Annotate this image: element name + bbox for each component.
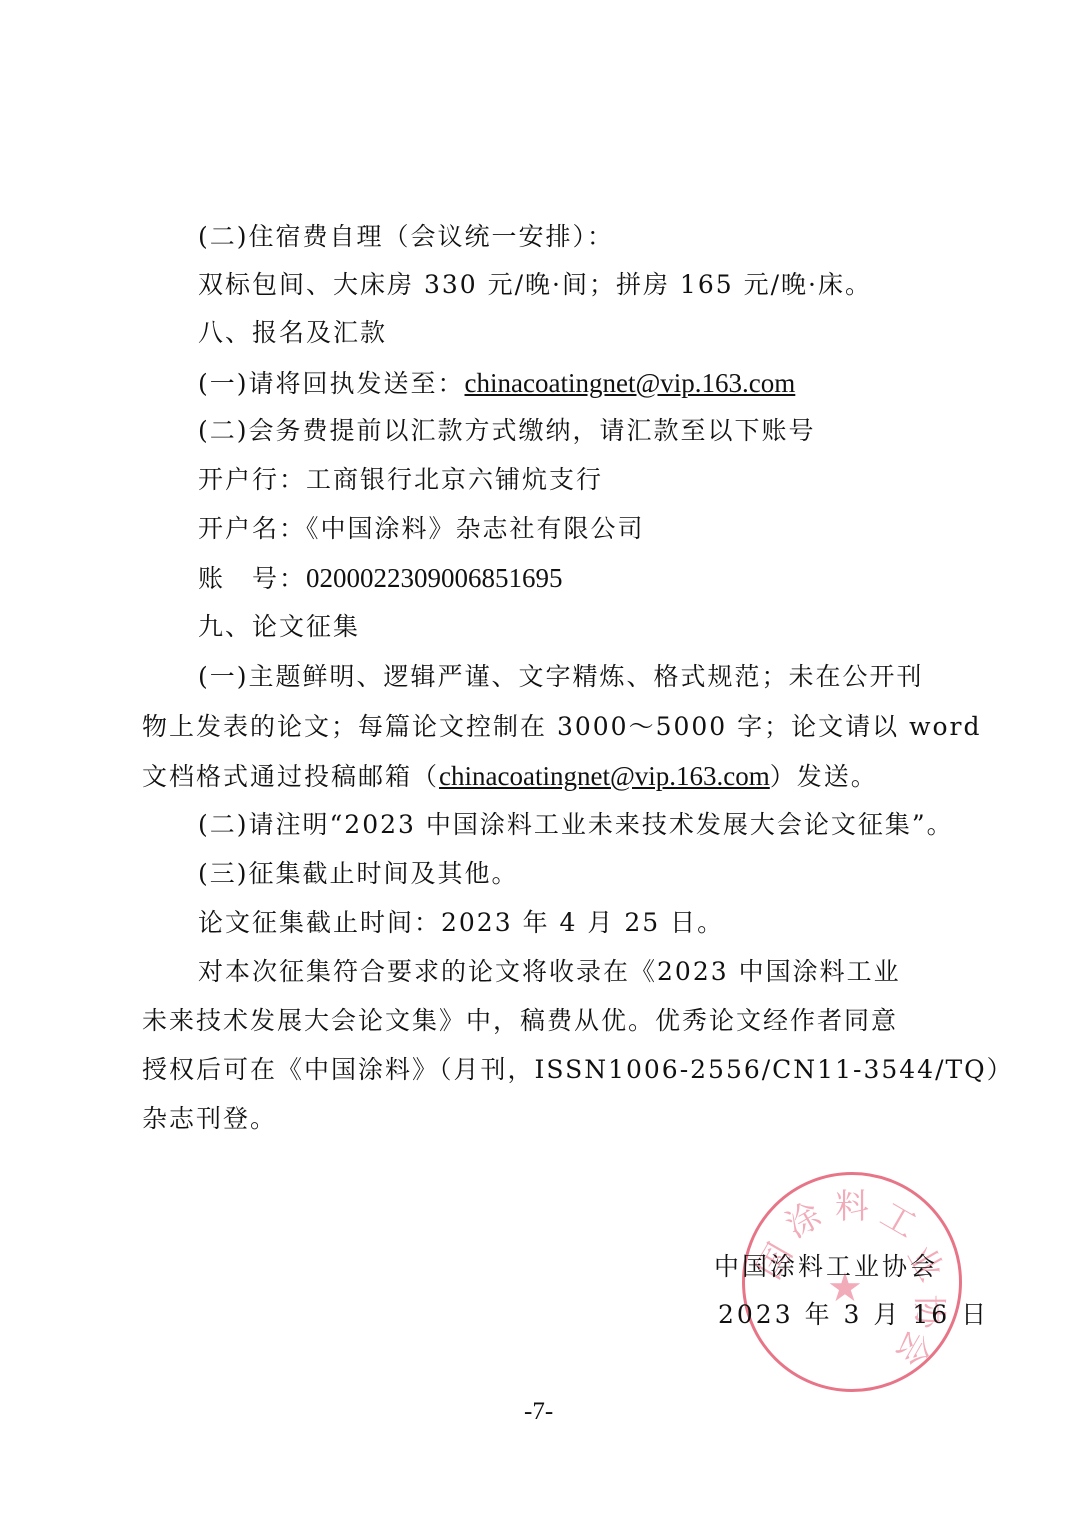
- section-heading-papers: 九、论文征集: [198, 612, 360, 642]
- accommodation-prices: 双标包间、大床房 330 元/晚·间；拼房 165 元/晚·床。: [198, 270, 872, 300]
- accommodation-title: (二)住宿费自理（会议统一安排）：: [198, 222, 614, 252]
- bank-label: 开户行：: [198, 465, 306, 494]
- papers-req-line1: (一)主题鲜明、逻辑严谨、文字精炼、格式规范；未在公开刊: [198, 662, 924, 692]
- papers-para-line3: 授权后可在《中国涂料》（月刊，ISSN1006-2556/CN11-3544/T…: [142, 1055, 1014, 1085]
- papers-para-line2: 未来技术发展大会论文集》中，稿费从优。优秀论文经作者同意: [142, 1006, 898, 1036]
- papers-req-line2: 物上发表的论文；每篇论文控制在 3000～5000 字；论文请以 word: [142, 712, 982, 742]
- account-name-line: 开户名：《中国涂料》杂志社有限公司: [198, 514, 645, 544]
- papers-note: (二)请注明“2023 中国涂料工业未来技术发展大会论文征集”。: [198, 810, 954, 840]
- papers-deadline: 论文征集截止时间：2023 年 4 月 25 日。: [198, 908, 724, 938]
- official-seal: 国 涂 料 工 业 协 会 ★: [742, 1172, 962, 1392]
- seal-char: 会: [886, 1323, 945, 1377]
- papers-para-line4: 杂志刊登。: [142, 1104, 277, 1134]
- seal-char: 工: [873, 1188, 927, 1247]
- signature-date: 2023 年 3 月 16 日: [718, 1300, 989, 1330]
- signature-org: 中国涂料工业协会: [714, 1252, 938, 1282]
- papers-req-line3: 文档格式通过投稿邮箱（chinacoatingnet@vip.163.com）发…: [142, 761, 878, 792]
- account-number-line: 账 号：0200022309006851695: [198, 563, 563, 594]
- account-number-label: 账 号：: [198, 564, 306, 593]
- papers-para-line1: 对本次征集符合要求的论文将收录在《2023 中国涂料工业: [198, 957, 901, 987]
- account-name-value: 《中国涂料》杂志社有限公司: [306, 514, 645, 543]
- registration-email-link[interactable]: chinacoatingnet@vip.163.com: [465, 368, 796, 398]
- seal-char: 涂: [775, 1188, 829, 1247]
- page-number: -7-: [524, 1398, 553, 1426]
- registration-email-line: (一)请将回执发送至：chinacoatingnet@vip.163.com: [198, 368, 795, 399]
- account-name-label: 开户名：: [198, 514, 306, 543]
- payment-instruction: (二)会务费提前以汇款方式缴纳，请汇款至以下账号: [198, 416, 816, 446]
- seal-char: 料: [835, 1179, 869, 1228]
- account-number-value: 0200022309006851695: [306, 563, 563, 593]
- submission-email-link[interactable]: chinacoatingnet@vip.163.com: [439, 761, 770, 791]
- papers-req-suffix: ）发送。: [770, 762, 878, 791]
- section-heading-registration: 八、报名及汇款: [198, 318, 387, 348]
- papers-req-prefix: 文档格式通过投稿邮箱（: [142, 762, 439, 791]
- bank-line: 开户行：工商银行北京六铺炕支行: [198, 465, 603, 495]
- papers-deadline-title: (三)征集截止时间及其他。: [198, 859, 519, 889]
- registration-email-label: (一)请将回执发送至：: [198, 369, 465, 398]
- bank-value: 工商银行北京六铺炕支行: [306, 465, 603, 494]
